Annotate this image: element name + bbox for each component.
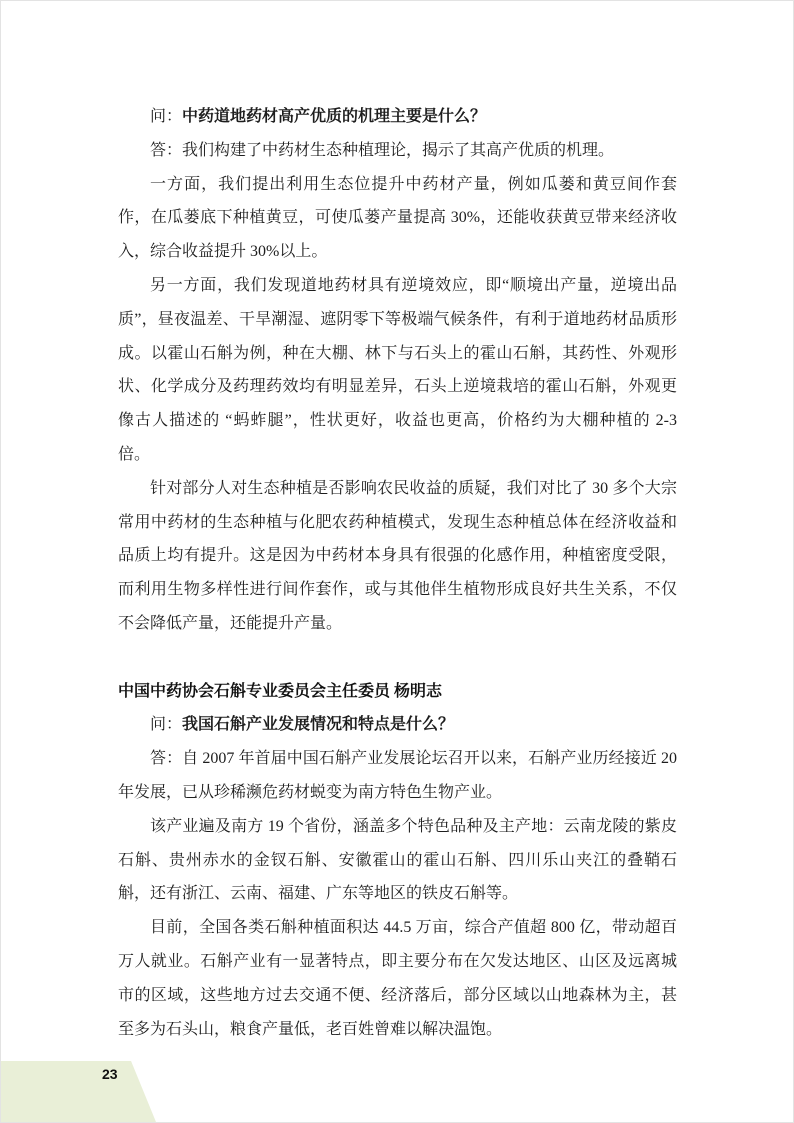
document-page: 问：中药道地药材高产优质的机理主要是什么？ 答：我们构建了中药材生态种植理论，揭… [0,0,794,1123]
answer-paragraph: 该产业遍及南方 19 个省份，涵盖多个特色品种及主产地：云南龙陵的紫皮石斛、贵州… [118,810,677,911]
question-text-1: 中药道地药材高产优质的机理主要是什么？ [182,108,486,125]
answer-paragraph: 针对部分人对生态种植是否影响农民收益的质疑，我们对比了 30 多个大宗常用中药材… [118,472,677,641]
question-prefix-2: 问： [150,716,182,733]
article-body: 问：中药道地药材高产优质的机理主要是什么？ 答：我们构建了中药材生态种植理论，揭… [118,100,677,1046]
answer-paragraph: 答：自 2007 年首届中国石斛产业发展论坛召开以来，石斛产业历经接近 20 年… [118,742,677,810]
question-prefix-1: 问： [150,108,182,125]
answer-paragraph: 一方面，我们提出利用生态位提升中药材产量，例如瓜蒌和黄豆间作套作，在瓜蒌底下种植… [118,168,677,269]
question-text-2: 我国石斛产业发展情况和特点是什么？ [182,716,454,733]
speaker-heading: 中国中药协会石斛专业委员会主任委员 杨明志 [118,675,677,709]
page-number: 23 [102,1066,118,1082]
question-line-2: 问：我国石斛产业发展情况和特点是什么？ [118,708,677,742]
answer-paragraph: 答：我们构建了中药材生态种植理论，揭示了其高产优质的机理。 [118,134,677,168]
answer-paragraph: 目前，全国各类石斛种植面积达 44.5 万亩，综合产值超 800 亿，带动超百万… [118,911,677,1046]
answer-paragraph: 另一方面，我们发现道地药材具有逆境效应，即“顺境出产量，逆境出品质”，昼夜温差、… [118,269,677,472]
footer-page-tab: 23 [1,1061,156,1122]
question-line-1: 问：中药道地药材高产优质的机理主要是什么？ [118,100,677,134]
